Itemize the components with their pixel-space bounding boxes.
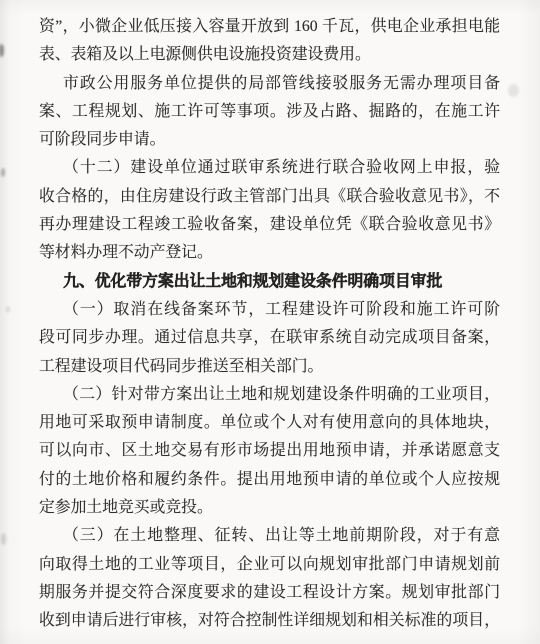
text-line: （十二）建设单位通过联审系统进行联合验收网上申报，验 — [39, 154, 500, 182]
scan-smudge — [1, 168, 5, 177]
text-line: 案、工程规划、施工许可等事项。涉及占路、掘路的，在施工许 — [39, 98, 500, 126]
text-line: （二）针对带方案出让土地和规划建设条件明确的工业项目， — [39, 381, 500, 409]
scan-smudge — [0, 44, 4, 57]
text-line: 向取得土地的工业等项目，企业可以向规划审批部门申请规划前 — [39, 551, 500, 579]
text-line: 资”，小微企业低压接入容量开放到 160 千瓦，供电企业承担电能 — [39, 13, 500, 41]
text-line: （一）取消在线备案环节，工程建设许可阶段和施工许可阶 — [39, 296, 500, 324]
text-line: 再办理建设工程竣工验收备案，建设单位凭《联合验收意见书》 — [39, 211, 500, 239]
text-line: 段可同步办理。通过信息共享，在联审系统自动完成项目备案， — [39, 324, 500, 352]
scan-smudge — [1, 533, 6, 545]
text-line: 可以向市、区土地交易有形市场提出用地预申请，并承诺愿意支 — [39, 437, 500, 465]
section-heading: 九、优化带方案出让土地和规划建设条件明确项目审批 — [39, 268, 500, 296]
text-line: 付的土地价格和履约条件。提出用地预申请的单位或个人应按规 — [39, 466, 500, 494]
text-line: 可阶段同步申请。 — [39, 126, 500, 154]
scan-smudge — [6, 306, 10, 313]
text-line: 收到申请后进行审核，对符合控制性详细规划和相关标准的项目， — [39, 607, 500, 635]
text-line: （三）在土地整理、征转、出让等土地前期阶段，对于有意 — [39, 522, 500, 550]
text-line: 工程建设项目代码同步推送至相关部门。 — [39, 353, 500, 381]
scanned-document-page: 资”，小微企业低压接入容量开放到 160 千瓦，供电企业承担电能表、表箱及以上电… — [0, 0, 540, 644]
text-line: 期服务并提交符合深度要求的建设工程设计方案。规划审批部门 — [39, 579, 500, 607]
text-line: 收合格的，由住房建设行政主管部门出具《联合验收意见书》，不 — [39, 183, 500, 211]
text-line: 市政公用服务单位提供的局部管线接驳服务无需办理项目备 — [39, 70, 500, 98]
document-text-block: 资”，小微企业低压接入容量开放到 160 千瓦，供电企业承担电能表、表箱及以上电… — [39, 13, 500, 636]
text-line: 用地可采取预申请制度。单位或个人对有使用意向的具体地块， — [39, 409, 500, 437]
scan-smudge — [508, 84, 519, 97]
text-line: 等材料办理不动产登记。 — [39, 239, 500, 267]
text-line: 表、表箱及以上电源侧供电设施投资建设费用。 — [39, 41, 500, 69]
text-line: 定参加土地竞买或竞投。 — [39, 494, 500, 522]
